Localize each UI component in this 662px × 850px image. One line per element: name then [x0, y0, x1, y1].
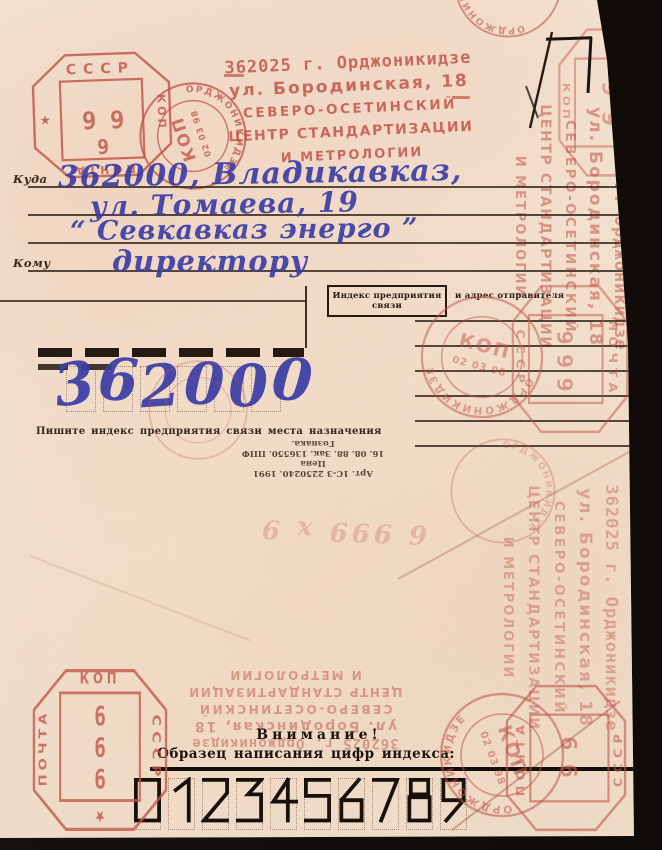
index-sample-digit-7 [371, 777, 400, 831]
stencil-digit-glyph [371, 777, 400, 823]
sender-imprint-line: СЕВЕРО-ОСЕТИНСКИЙ [170, 700, 420, 717]
printing-imprint-line: Цена [232, 458, 394, 468]
attention-subtitle: Образец написания цифр индекса: [136, 746, 476, 762]
franking-value-digit: 9 [94, 731, 106, 761]
franking-value-digit: 9 [552, 330, 576, 344]
franking-stamp-bottom-right: ПОЧТА 9 9 СССР [505, 684, 627, 832]
index-sample-digit-2 [201, 777, 230, 831]
franking-value-digit: 9 [558, 736, 583, 750]
handwritten-address-line: “ Севкавказ энерго ” [70, 213, 419, 247]
franking-stamp-top-right: СССР 9 9 КОП [558, 28, 662, 178]
handwritten-index-digit: 6 [96, 345, 140, 415]
handwritten-address-line: директору [112, 244, 308, 278]
franking-country-label: СССР [66, 60, 136, 78]
stencil-digit-glyph [269, 777, 298, 823]
sender-imprint-line: ЦЕНТР СТАНДАРТИЗАЦИИ [170, 683, 420, 700]
stencil-digit-glyph [235, 777, 264, 823]
franking-post-label: ПОЧТА [36, 710, 49, 787]
franking-value-digit: 9 [552, 378, 576, 392]
franking-country-label: СССР [149, 714, 162, 781]
stencil-digit-glyph [405, 777, 434, 823]
star-icon: ★ [39, 113, 51, 128]
envelope-scan: СССР ★ 9 9 9 ПОЧТА КОП ОРДЖОНИКИДЗЕ КОП … [0, 0, 662, 850]
index-sample-digit-6 [337, 777, 366, 831]
imprint-dash [452, 96, 470, 99]
stencil-digit-glyph [337, 777, 366, 823]
stencil-digit-glyph [303, 777, 332, 823]
printing-imprint-line: Арт. 1С-3 2250240. 1991 [232, 468, 394, 478]
printing-imprint: Арт. 1С-3 2250240. 1991 Цена 16. 08. 88.… [232, 438, 394, 478]
sender-imprint-line: И МЕТРОЛОГИИ [170, 666, 420, 683]
franking-kop-label: КОП [80, 670, 121, 688]
franking-country-label: СССР [514, 329, 527, 388]
franking-value-digit: 9 [81, 107, 96, 136]
attention-title: Внимание! [189, 727, 449, 743]
franking-value-digit: 9 [94, 762, 106, 792]
franking-value-digit: 9 [94, 699, 106, 729]
franking-country-label: СССР [649, 66, 662, 140]
franking-value-digit: 9 [109, 106, 124, 135]
franking-post-label: ПОЧТА [514, 720, 527, 796]
imprint-dash [224, 74, 244, 77]
index-sample-digits [133, 777, 468, 831]
index-sample-digit-5 [303, 777, 332, 831]
index-sample-digit-1 [167, 777, 196, 831]
sender-index-box-label: Индекс предприятия связи [329, 291, 445, 311]
stencil-digit-glyph [201, 777, 230, 823]
franking-stamp-bottom-left: ★ 9 9 9 СССР ПОЧТА КОП [32, 668, 168, 832]
franking-value-digit: 9 [597, 111, 623, 126]
index-sample-digit-8 [405, 777, 434, 831]
index-zone-border [305, 286, 307, 348]
handwritten-index-digit: 3 [49, 348, 98, 421]
star-icon: ★ [94, 806, 105, 826]
bleed-through-marks: 6 999 х 9 [258, 513, 428, 549]
flap-crease [30, 555, 251, 641]
franking-kop-label: КОП [560, 83, 572, 122]
index-sample-digit-3 [235, 777, 264, 831]
franking-value-digit: 9 [97, 135, 110, 160]
franking-country-label: СССР [612, 729, 625, 787]
index-sample-digit-4 [269, 777, 298, 831]
pen-mark [522, 28, 562, 132]
kuda-label: Куда [13, 172, 47, 186]
stencil-digit-glyph [167, 777, 196, 823]
address-line-rule [0, 300, 306, 302]
handwritten-index-digit: 0 [270, 345, 315, 416]
franking-stamp-mid-right: ПОЧТА 9 9 9 СССР [511, 284, 629, 434]
franking-value-digit: 9 [597, 81, 623, 96]
franking-value-digit: 9 [552, 354, 576, 368]
franking-post-label: ПОЧТА [606, 320, 619, 398]
envelope-paper: СССР ★ 9 9 9 ПОЧТА КОП ОРДЖОНИКИДЗЕ КОП … [0, 0, 662, 850]
komu-label: Кому [13, 256, 51, 270]
printing-imprint-line: 16. 08. 88. Зак. 136550. ППФ Гознака. [232, 438, 394, 458]
franking-value-digit: 9 [558, 764, 583, 778]
